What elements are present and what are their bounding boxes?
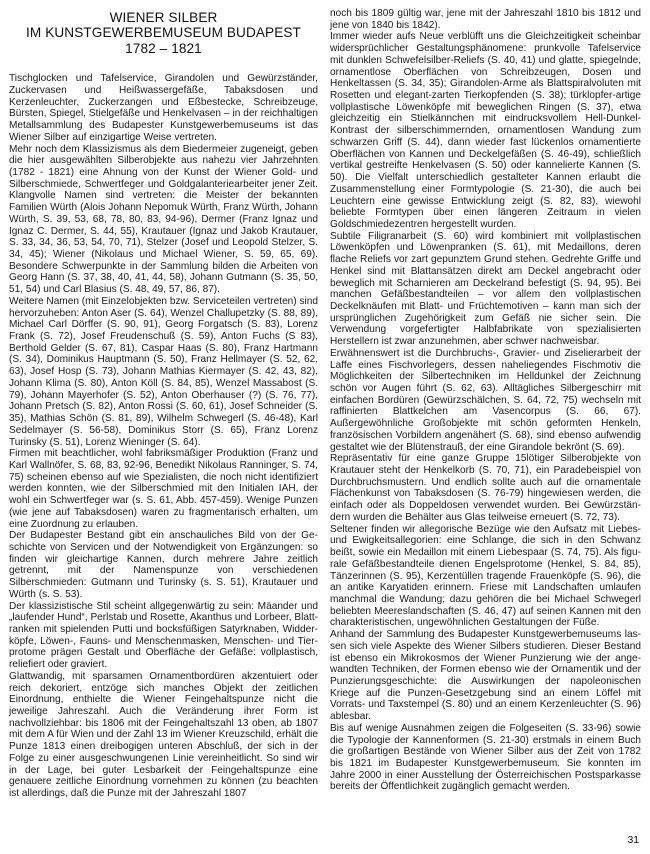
- paragraph: Tischglocken und Tafelservice, Girandole…: [9, 73, 318, 143]
- paragraph: noch bis 1809 gültig war, jene mit der J…: [330, 8, 641, 31]
- paragraph: Repräsentativ für eine ganze Gruppe 15lö…: [330, 453, 641, 523]
- title-line-2: IM KUNSTGEWERBEMUSEUM BUDAPEST: [9, 25, 318, 40]
- title-line-1: WIENER SILBER: [9, 10, 318, 25]
- page-number: 31: [627, 835, 639, 846]
- paragraph: Immer wieder aufs Neue verblüfft uns die…: [330, 31, 641, 230]
- paragraph: Glattwandig, mit sparsamen Ornamentbordü…: [9, 671, 318, 800]
- paragraph: Erwähnenswert ist die Durchbruchs-, Grav…: [330, 348, 641, 453]
- paragraph: Der Budapester Bestand gibt ein anschaul…: [9, 530, 318, 600]
- paragraph: Bis auf wenige Ausnahmen zeigen die Folg…: [330, 723, 641, 793]
- paragraph: Firmen mit beachtlicher, wohl fabriksmäß…: [9, 448, 318, 530]
- paragraph: Mehr noch dem Klassizismus als dem Biede…: [9, 144, 318, 296]
- paragraph: Anhand der Sammlung des Budapester Kunst…: [330, 629, 641, 723]
- paragraph: Subtile Filigranarbeit (S. 60) wird komb…: [330, 231, 641, 348]
- paragraph: Weitere Namen (mit Einzelobjekten bzw. S…: [9, 296, 318, 448]
- title-line-3-date-range: 1782 – 1821: [9, 41, 318, 56]
- page-title: WIENER SILBER IM KUNSTGEWERBEMUSEUM BUDA…: [9, 8, 318, 56]
- paragraph: Seltener finden wir allegorische Bezüge …: [330, 524, 641, 629]
- right-column: noch bis 1809 gültig war, jene mit der J…: [330, 8, 641, 793]
- paragraph: Der klassizistische Stil scheint allgege…: [9, 601, 318, 671]
- left-column: WIENER SILBER IM KUNSTGEWERBEMUSEUM BUDA…: [9, 8, 318, 800]
